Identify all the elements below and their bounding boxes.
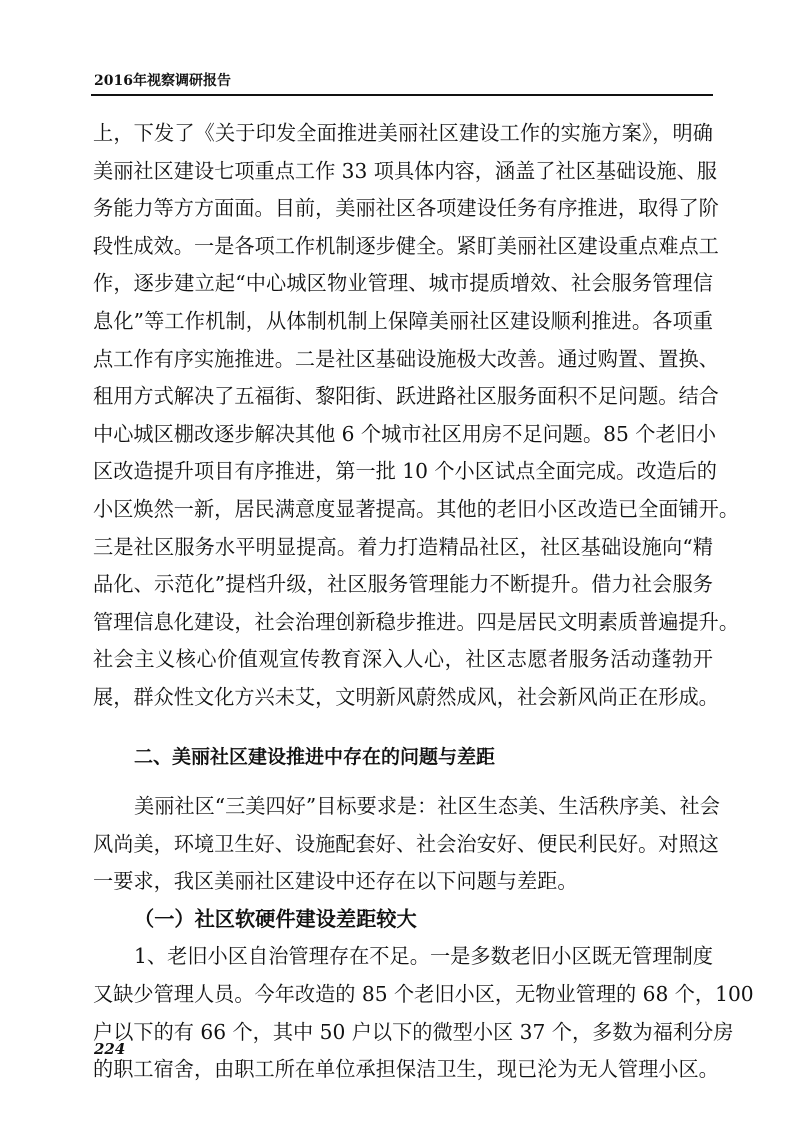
- text-line: 务能力等方方面面。目前，美丽社区各项建设任务有序推进，取得了阶: [93, 190, 713, 228]
- spacer: [93, 717, 713, 729]
- text-line: 的职工宿舍，由职工所在单位承担保洁卫生，现已沦为无人管理小区。: [93, 1051, 713, 1089]
- text-line: 租用方式解决了五福街、黎阳街、跃进路社区服务面积不足问题。结合: [93, 378, 713, 416]
- text-line: 风尚美，环境卫生好、设施配套好、社会治安好、便民利民好。对照这: [93, 826, 713, 864]
- subsection-heading: （一）社区软硬件建设差距较大: [93, 901, 713, 939]
- section-heading: 二、美丽社区建设推进中存在的问题与差距: [93, 739, 713, 777]
- item-1-paragraph: 1、老旧小区自治管理存在不足。一是多数老旧小区既无管理制度 又缺少管理人员。今年…: [93, 938, 713, 1088]
- text-line: 上，下发了《关于印发全面推进美丽社区建设工作的实施方案》，明确: [93, 115, 713, 153]
- running-header-title: 2016年视察调研报告: [94, 70, 231, 90]
- header-rule: [91, 94, 713, 96]
- text-line: 息化”等工作机制，从体制机制上保障美丽社区建设顺利推进。各项重: [93, 303, 713, 341]
- section-intro-paragraph: 美丽社区“三美四好”目标要求是：社区生态美、生活秩序美、社会 风尚美，环境卫生好…: [93, 788, 713, 901]
- document-page: 2016年视察调研报告 上，下发了《关于印发全面推进美丽社区建设工作的实施方案》…: [0, 0, 803, 1133]
- text-line: 又缺少管理人员。今年改造的 85 个老旧小区，无物业管理的 68 个，100: [93, 976, 713, 1014]
- text-line: 展，群众性文化方兴未艾，文明新风蔚然成风，社会新风尚正在形成。: [93, 679, 713, 717]
- text-line: 中心城区棚改逐步解决其他 6 个城市社区用房不足问题。85 个老旧小: [93, 416, 713, 454]
- text-line: 管理信息化建设，社会治理创新稳步推进。四是居民文明素质普遍提升。: [93, 604, 713, 642]
- text-line: 段性成效。一是各项工作机制逐步健全。紧盯美丽社区建设重点难点工: [93, 228, 713, 266]
- text-line: 1、老旧小区自治管理存在不足。一是多数老旧小区既无管理制度: [93, 938, 713, 976]
- text-line: 美丽社区“三美四好”目标要求是：社区生态美、生活秩序美、社会: [93, 788, 713, 826]
- text-line: 美丽社区建设七项重点工作 33 项具体内容，涵盖了社区基础设施、服: [93, 153, 713, 191]
- spacer: [93, 776, 713, 788]
- text-line: 一要求，我区美丽社区建设中还存在以下问题与差距。: [93, 863, 713, 901]
- paragraph-1: 上，下发了《关于印发全面推进美丽社区建设工作的实施方案》，明确 美丽社区建设七项…: [93, 115, 713, 717]
- text-line: 小区焕然一新，居民满意度显著提高。其他的老旧小区改造已全面铺开。: [93, 491, 713, 529]
- text-line: 品化、示范化”提档升级，社区服务管理能力不断提升。借力社会服务: [93, 566, 713, 604]
- text-line: 作，逐步建立起“中心城区物业管理、城市提质增效、社会服务管理信: [93, 265, 713, 303]
- text-line: 点工作有序实施推进。二是社区基础设施极大改善。通过购置、置换、: [93, 341, 713, 379]
- body-text: 上，下发了《关于印发全面推进美丽社区建设工作的实施方案》，明确 美丽社区建设七项…: [93, 115, 713, 1089]
- text-line: 区改造提升项目有序推进，第一批 10 个小区试点全面完成。改造后的: [93, 453, 713, 491]
- page-number: 224: [94, 1040, 125, 1058]
- text-line: 户以下的有 66 个，其中 50 户以下的微型小区 37 个，多数为福利分房: [93, 1014, 713, 1052]
- text-line: 三是社区服务水平明显提高。着力打造精品社区，社区基础设施向“精: [93, 529, 713, 567]
- text-line: 社会主义核心价值观宣传教育深入人心，社区志愿者服务活动蓬勃开: [93, 641, 713, 679]
